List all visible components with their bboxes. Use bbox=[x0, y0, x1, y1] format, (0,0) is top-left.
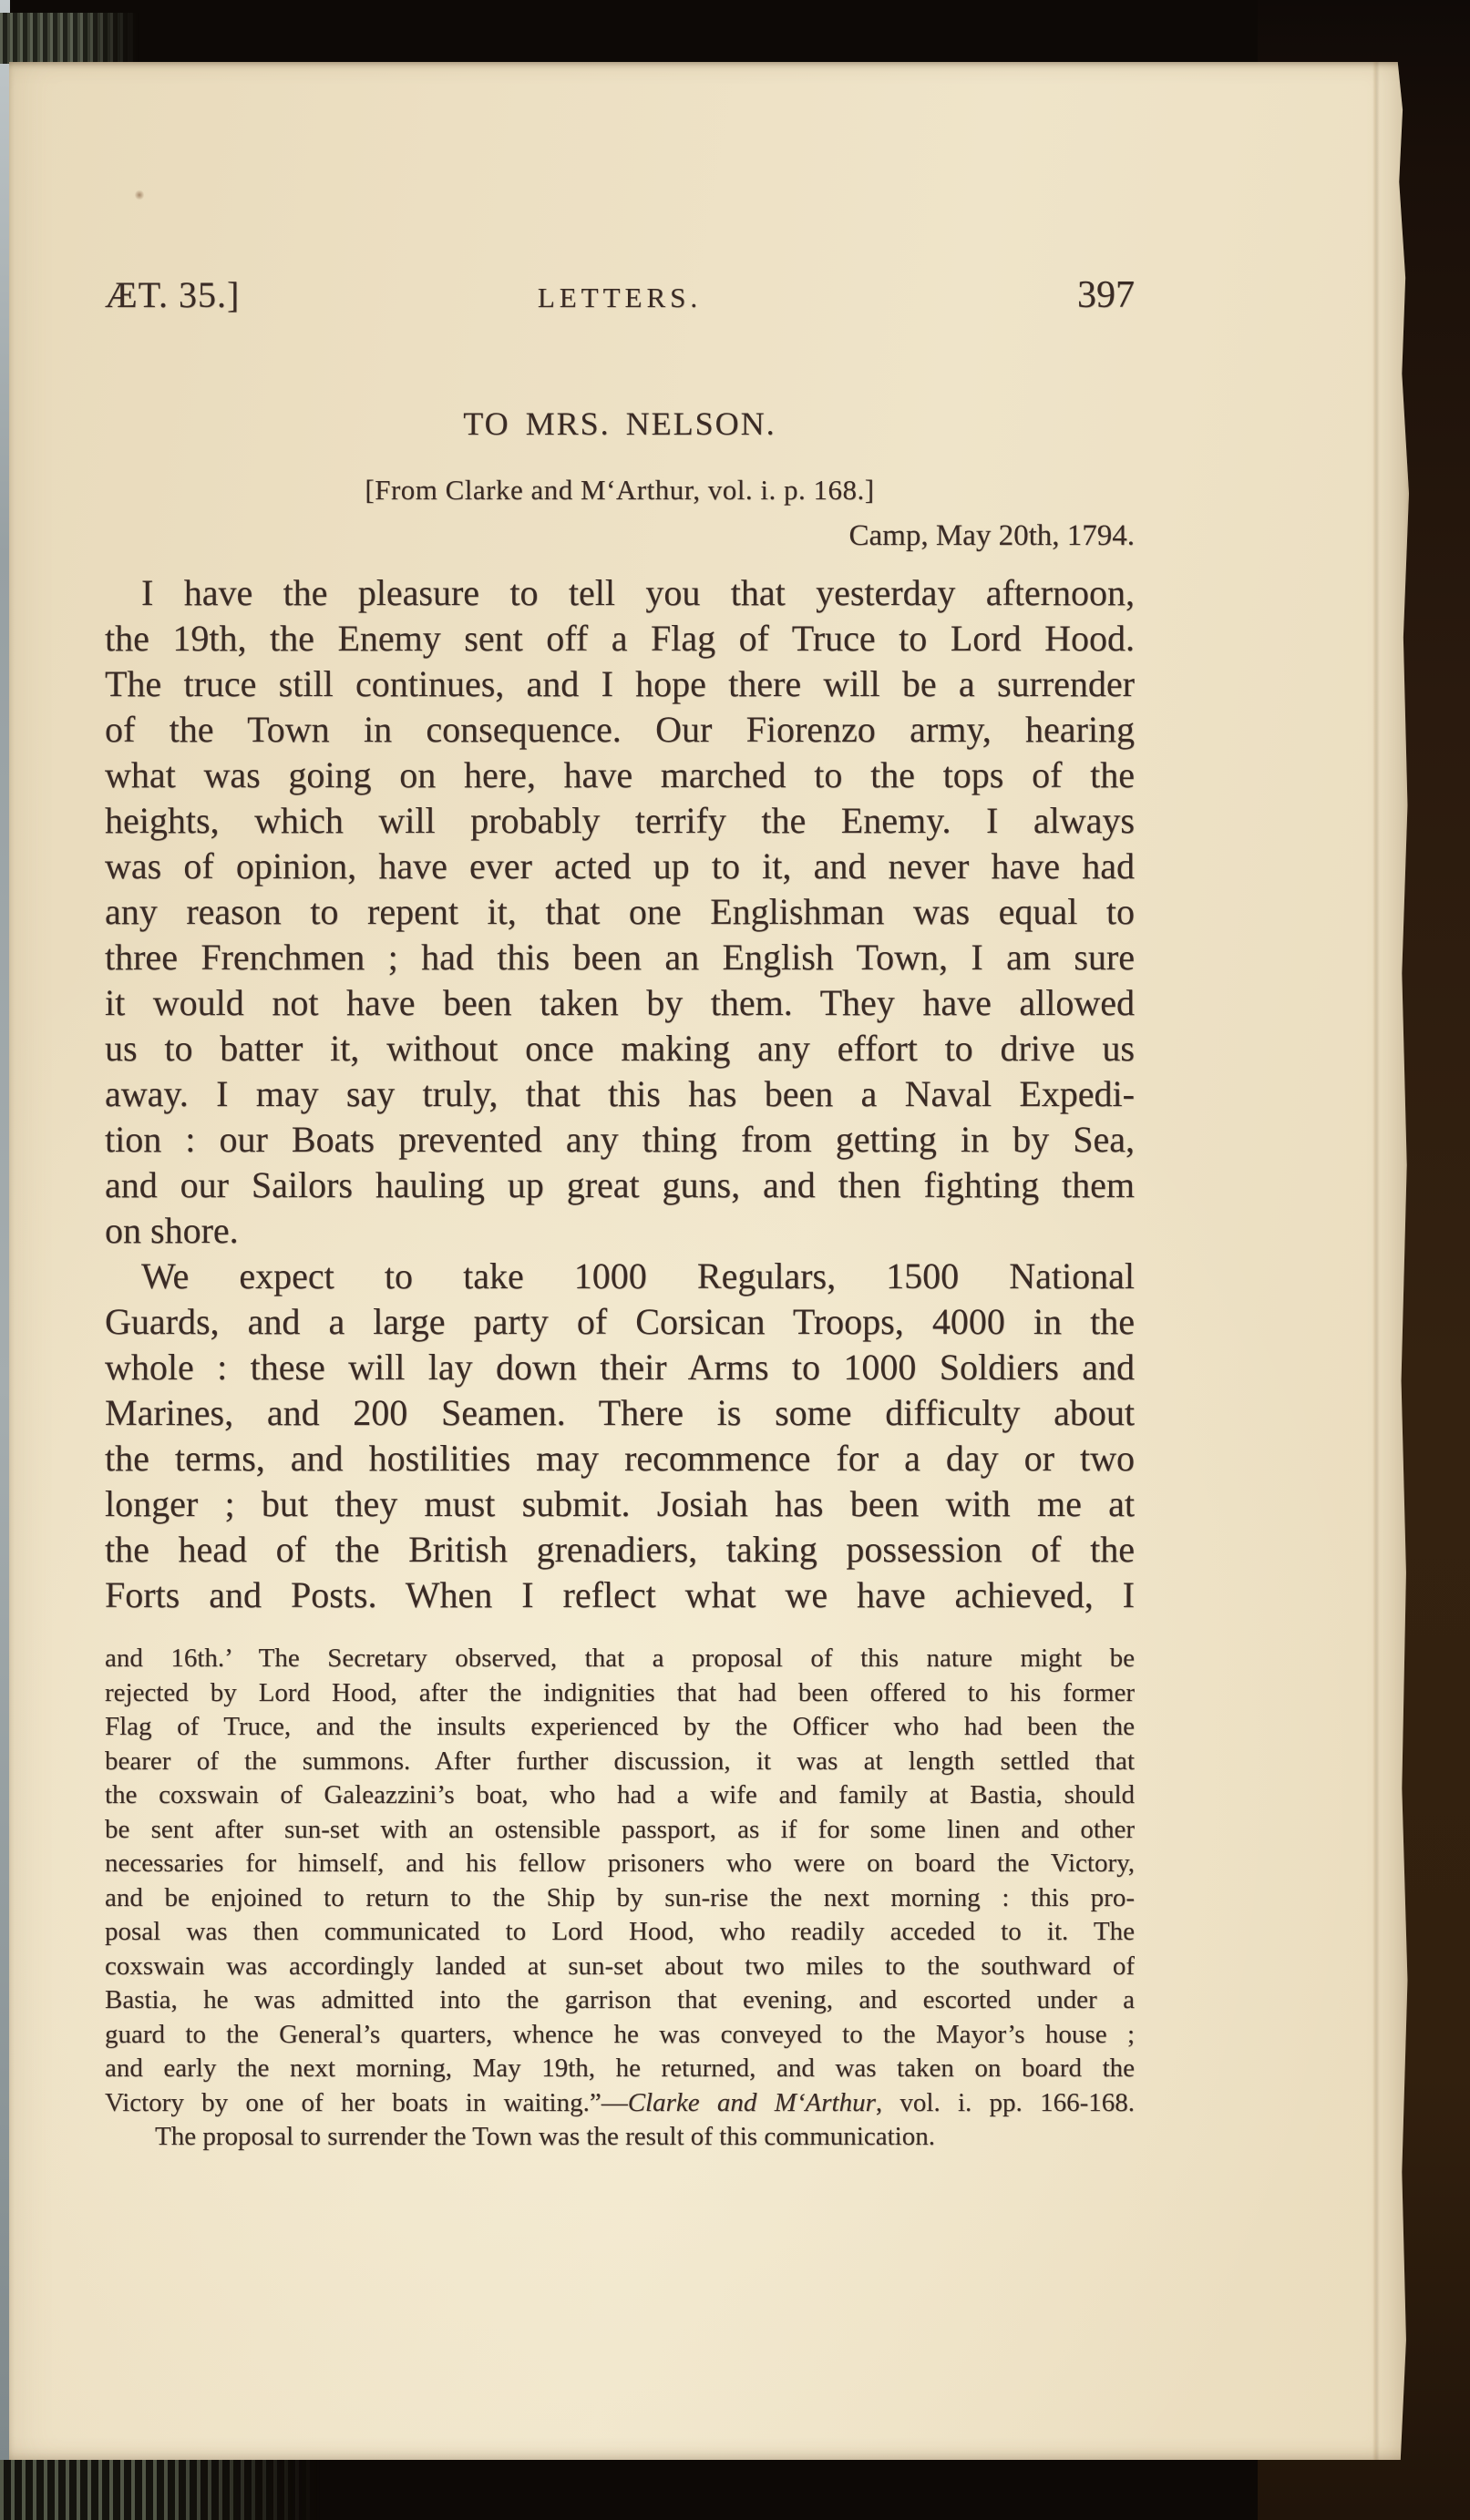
letter-text-line: I have the pleasure to tell you that yes… bbox=[105, 570, 1135, 616]
paper-blemish bbox=[135, 190, 144, 200]
source-attribution: [From Clarke and M‘Arthur, vol. i. p. 16… bbox=[105, 474, 1135, 510]
footnote-text-line: bearer of the summons. After further dis… bbox=[105, 1745, 1135, 1779]
letter-text-line: We expect to take 1000 Regulars, 1500 Na… bbox=[105, 1254, 1135, 1299]
binding-texture-top bbox=[0, 13, 141, 64]
letter-text-line: Marines, and 200 Seamen. There is some d… bbox=[105, 1390, 1135, 1436]
letter-text-line: the terms, and hostilities may recommenc… bbox=[105, 1436, 1135, 1481]
letter-text-line: longer ; but they must submit. Josiah ha… bbox=[105, 1481, 1135, 1527]
footnote-paragraph: and 16th.’ The Secretary observed, that … bbox=[105, 1642, 1135, 2086]
letter-text-line: us to batter it, without once making any… bbox=[105, 1026, 1135, 1071]
letter-text-line: Guards, and a large party of Corsican Tr… bbox=[105, 1299, 1135, 1345]
footnote-text-line: the coxswain of Galeazzini’s boat, who h… bbox=[105, 1778, 1135, 1813]
letter-text-line: the head of the British grenadiers, taki… bbox=[105, 1527, 1135, 1572]
page-number: 397 bbox=[702, 273, 1135, 317]
binding-texture-bottom bbox=[0, 2460, 337, 2520]
footnote-text-line: coxswain was accordingly landed at sun-s… bbox=[105, 1950, 1135, 1984]
footnote-citation-post: , vol. i. pp. 166-168. bbox=[876, 2088, 1135, 2117]
book-edge-strip bbox=[0, 0, 10, 2520]
letter-text-line: what was going on here, have marched to … bbox=[105, 753, 1135, 798]
letter-paragraph-2: We expect to take 1000 Regulars, 1500 Na… bbox=[105, 1254, 1135, 1618]
letter-text-line: Forts and Posts. When I reflect what we … bbox=[105, 1572, 1135, 1618]
letter-text-line: the 19th, the Enemy sent off a Flag of T… bbox=[105, 616, 1135, 661]
footnote-citation-pre: Victory by one of her boats in waiting.”… bbox=[105, 2088, 628, 2117]
age-marginal-label: ÆT. 35.] bbox=[105, 273, 538, 316]
letter-text-line: on shore. bbox=[105, 1208, 1135, 1254]
letter-text-line: heights, which will probably terrify the… bbox=[105, 798, 1135, 844]
footnote-citation-line: Victory by one of her boats in waiting.”… bbox=[105, 2086, 1135, 2121]
footnote-text-line: necessaries for himself, and his fellow … bbox=[105, 1847, 1135, 1881]
running-title: LETTERS. bbox=[538, 282, 702, 314]
footnote-text-line: Flag of Truce, and the insults experienc… bbox=[105, 1710, 1135, 1745]
page-content: ÆT. 35.] LETTERS. 397 TO MRS. NELSON. [F… bbox=[105, 273, 1135, 2155]
letter-paragraph-1: I have the pleasure to tell you that yes… bbox=[105, 570, 1135, 1254]
footnote-text-line: guard to the General’s quarters, whence … bbox=[105, 2018, 1135, 2053]
photograph-background: ÆT. 35.] LETTERS. 397 TO MRS. NELSON. [F… bbox=[0, 0, 1470, 2520]
footnote-closing-line: The proposal to surrender the Town was t… bbox=[105, 2120, 1135, 2155]
page-header: ÆT. 35.] LETTERS. 397 bbox=[105, 273, 1135, 321]
footnote-text-line: and be enjoined to return to the Ship by… bbox=[105, 1881, 1135, 1916]
letter-title: TO MRS. NELSON. bbox=[105, 405, 1135, 443]
letter-text-line: was of opinion, have ever acted up to it… bbox=[105, 844, 1135, 889]
letter-text-line: whole : these will lay down their Arms t… bbox=[105, 1345, 1135, 1390]
footnote-text-line: be sent after sun-set with an ostensible… bbox=[105, 1813, 1135, 1848]
letter-text-line: and our Sailors hauling up great guns, a… bbox=[105, 1163, 1135, 1208]
letter-text-line: tion : our Boats prevented any thing fro… bbox=[105, 1117, 1135, 1163]
letter-text-line: of the Town in consequence. Our Fiorenzo… bbox=[105, 707, 1135, 753]
letter-text-line: away. I may say truly, that this has bee… bbox=[105, 1071, 1135, 1117]
footnote-citation-work: Clarke and M‘Arthur bbox=[628, 2088, 876, 2117]
letter-text-line: any reason to repent it, that one Englis… bbox=[105, 889, 1135, 935]
footnote-text-line: rejected by Lord Hood, after the indigni… bbox=[105, 1676, 1135, 1711]
dateline: Camp, May 20th, 1794. bbox=[105, 519, 1135, 559]
letter-text-line: The truce still continues, and I hope th… bbox=[105, 661, 1135, 707]
footnote-text-line: and 16th.’ The Secretary observed, that … bbox=[105, 1642, 1135, 1676]
footnote-text-line: posal was then communicated to Lord Hood… bbox=[105, 1915, 1135, 1950]
footnote-text-line: Bastia, he was admitted into the garriso… bbox=[105, 1983, 1135, 2018]
letter-text-line: three Frenchmen ; had this been an Engli… bbox=[105, 935, 1135, 980]
page-crease bbox=[1372, 62, 1380, 2460]
book-page: ÆT. 35.] LETTERS. 397 TO MRS. NELSON. [F… bbox=[9, 62, 1409, 2460]
letter-text-line: it would not have been taken by them. Th… bbox=[105, 980, 1135, 1026]
footnote: and 16th.’ The Secretary observed, that … bbox=[105, 1642, 1135, 2155]
footnote-text-line: and early the next morning, May 19th, he… bbox=[105, 2052, 1135, 2086]
